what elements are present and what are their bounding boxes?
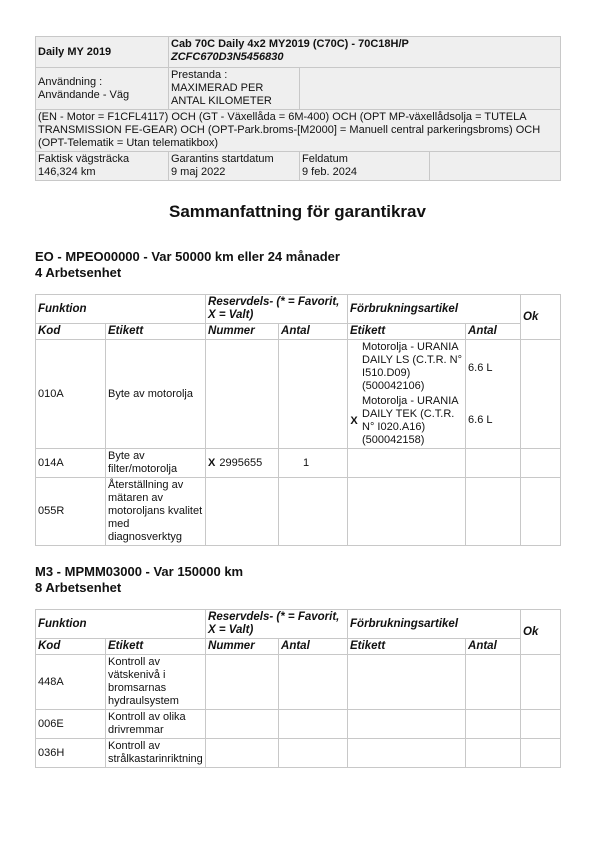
consumable-label: Motorolja - URANIA DAILY TEK (C.T.R. N° … <box>360 394 464 448</box>
vehicle-model: Daily MY 2019 <box>36 37 169 68</box>
header-forbrukningsartikel: Förbrukningsartikel <box>348 610 521 639</box>
row-kod: 014A <box>36 449 106 478</box>
row-part-qty <box>279 710 348 739</box>
performance-cell: Prestanda : MAXIMERAD PER ANTAL KILOMETE… <box>169 68 300 110</box>
function-table: Funktion Reservdels- (* = Favorit, X = V… <box>35 294 561 546</box>
row-consumable-qty <box>466 710 521 739</box>
row-ok-cell <box>521 739 561 768</box>
table-row: 055RÅterställning av mätaren av motorolj… <box>36 478 561 546</box>
header-ok: Ok <box>521 610 561 655</box>
page-title: Sammanfattning för garantikrav <box>35 201 560 223</box>
row-part-qty <box>279 739 348 768</box>
table-row: 010AByte av motoroljaMotorolja - URANIA … <box>36 340 561 449</box>
header-kod: Kod <box>36 639 106 655</box>
usage-label: Användning : <box>38 76 166 89</box>
warranty-start-label: Garantins startdatum <box>171 153 297 166</box>
consumable-item: Motorolja - URANIA DAILY LS (C.T.R. N° I… <box>348 340 465 394</box>
row-consumable-qty: 6.6 L6.6 L <box>466 340 521 449</box>
section-units: 8 Arbetsenhet <box>35 580 560 596</box>
row-consumable-label <box>348 710 466 739</box>
header-nummer: Nummer <box>206 324 279 340</box>
mileage-value: 146,324 km <box>38 166 166 179</box>
maintenance-section: M3 - MPMM03000 - Var 150000 km 8 Arbetse… <box>35 564 560 768</box>
empty-cell <box>300 68 561 110</box>
row-etikett: Kontroll av strålkastarinriktning <box>106 739 206 768</box>
header-etikett: Etikett <box>106 639 206 655</box>
empty-cell <box>430 152 561 181</box>
configuration-text: (EN - Motor = F1CFL4117) OCH (GT - Växel… <box>36 110 561 152</box>
vehicle-variant: Cab 70C Daily 4x2 MY2019 (C70C) - 70C18H… <box>169 37 561 68</box>
header-consumable-etikett: Etikett <box>348 639 466 655</box>
row-part-number: X2995655 <box>206 449 279 478</box>
row-ok-cell <box>521 655 561 710</box>
fault-date-label: Feldatum <box>302 153 427 166</box>
warranty-start-value: 9 maj 2022 <box>171 166 297 179</box>
performance-value: MAXIMERAD PER ANTAL KILOMETER <box>171 82 297 108</box>
row-part-number <box>206 710 279 739</box>
part-number-text: 2995655 <box>219 457 262 469</box>
consumable-label: Motorolja - URANIA DAILY LS (C.T.R. N° I… <box>360 340 464 394</box>
row-consumable-qty <box>466 739 521 768</box>
row-consumable-label: Motorolja - URANIA DAILY LS (C.T.R. N° I… <box>348 340 466 449</box>
vehicle-info-table: Daily MY 2019 Cab 70C Daily 4x2 MY2019 (… <box>35 36 561 181</box>
fault-date-cell: Feldatum 9 feb. 2024 <box>300 152 430 181</box>
header-reservdels: Reservdels- (* = Favorit, X = Valt) <box>206 610 348 639</box>
row-consumable-label <box>348 449 466 478</box>
row-etikett: Kontroll av olika drivremmar <box>106 710 206 739</box>
consumable-qty: 6.6 L <box>466 394 520 446</box>
table-row: 448AKontroll av vätskenivå i bromsarnas … <box>36 655 561 710</box>
section-units: 4 Arbetsenhet <box>35 265 560 281</box>
header-ok: Ok <box>521 295 561 340</box>
header-consumable-etikett: Etikett <box>348 324 466 340</box>
row-part-qty <box>279 478 348 546</box>
row-etikett: Kontroll av vätskenivå i bromsarnas hydr… <box>106 655 206 710</box>
consumable-selected-mark: X <box>348 415 360 428</box>
row-kod: 448A <box>36 655 106 710</box>
mileage-label: Faktisk vägsträcka <box>38 153 166 166</box>
maintenance-section: EO - MPEO00000 - Var 50000 km eller 24 m… <box>35 249 560 546</box>
vin-text: ZCFC670D3N5456830 <box>171 51 284 63</box>
header-nummer: Nummer <box>206 639 279 655</box>
row-consumable-label <box>348 478 466 546</box>
row-kod: 055R <box>36 478 106 546</box>
row-consumable-qty <box>466 449 521 478</box>
row-ok-cell <box>521 478 561 546</box>
document-page: Daily MY 2019 Cab 70C Daily 4x2 MY2019 (… <box>35 36 560 768</box>
row-etikett: Återställning av mätaren av motoroljans … <box>106 478 206 546</box>
row-etikett: Byte av motorolja <box>106 340 206 449</box>
header-consumable-antal: Antal <box>466 639 521 655</box>
row-consumable-label <box>348 739 466 768</box>
fault-date-value: 9 feb. 2024 <box>302 166 427 179</box>
header-antal: Antal <box>279 324 348 340</box>
row-consumable-qty <box>466 478 521 546</box>
variant-text: Cab 70C Daily 4x2 MY2019 (C70C) - 70C18H… <box>171 38 558 51</box>
row-ok-cell <box>521 710 561 739</box>
header-consumable-antal: Antal <box>466 324 521 340</box>
row-kod: 010A <box>36 340 106 449</box>
row-part-number <box>206 739 279 768</box>
header-antal: Antal <box>279 639 348 655</box>
header-etikett: Etikett <box>106 324 206 340</box>
part-selected-mark: X <box>208 457 215 469</box>
header-funktion: Funktion <box>36 610 206 639</box>
row-part-number <box>206 340 279 449</box>
usage-cell: Användning : Användande - Väg <box>36 68 169 110</box>
table-row: 014AByte av filter/motoroljaX29956551 <box>36 449 561 478</box>
table-row: 036HKontroll av strålkastarinriktning <box>36 739 561 768</box>
consumable-item: XMotorolja - URANIA DAILY TEK (C.T.R. N°… <box>348 394 465 448</box>
header-forbrukningsartikel: Förbrukningsartikel <box>348 295 521 324</box>
warranty-start-cell: Garantins startdatum 9 maj 2022 <box>169 152 300 181</box>
function-table: Funktion Reservdels- (* = Favorit, X = V… <box>35 609 561 768</box>
row-part-number <box>206 655 279 710</box>
header-kod: Kod <box>36 324 106 340</box>
performance-label: Prestanda : <box>171 69 297 82</box>
header-reservdels: Reservdels- (* = Favorit, X = Valt) <box>206 295 348 324</box>
section-title: M3 - MPMM03000 - Var 150000 km <box>35 564 560 580</box>
mileage-cell: Faktisk vägsträcka 146,324 km <box>36 152 169 181</box>
row-part-qty <box>279 655 348 710</box>
row-kod: 006E <box>36 710 106 739</box>
row-part-qty: 1 <box>279 449 348 478</box>
row-ok-cell <box>521 449 561 478</box>
table-row: 006EKontroll av olika drivremmar <box>36 710 561 739</box>
row-consumable-label <box>348 655 466 710</box>
row-kod: 036H <box>36 739 106 768</box>
row-ok-cell <box>521 340 561 449</box>
consumable-qty: 6.6 L <box>466 342 520 394</box>
header-funktion: Funktion <box>36 295 206 324</box>
row-part-number <box>206 478 279 546</box>
row-etikett: Byte av filter/motorolja <box>106 449 206 478</box>
row-consumable-qty <box>466 655 521 710</box>
section-title: EO - MPEO00000 - Var 50000 km eller 24 m… <box>35 249 560 265</box>
row-part-qty <box>279 340 348 449</box>
usage-value: Användande - Väg <box>38 89 166 102</box>
